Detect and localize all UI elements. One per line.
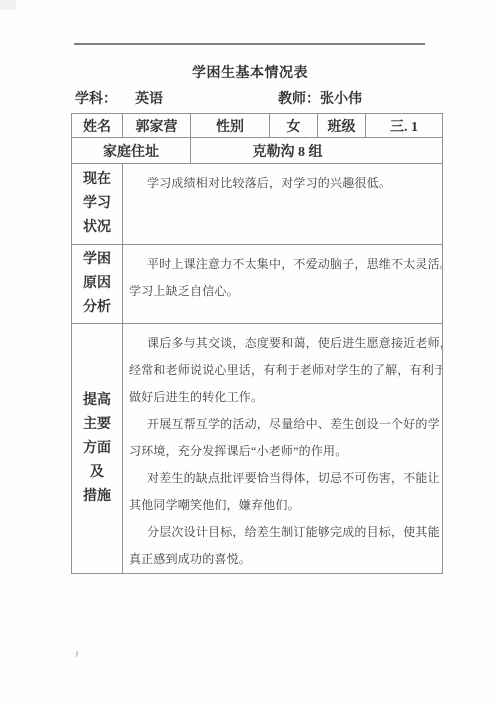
name-label-cell: 姓名 — [72, 114, 123, 138]
meta-line: 学科： 英语 教师：张小伟 — [0, 88, 500, 105]
subject-label: 学科： — [75, 88, 117, 108]
improvement-paragraph-3: 对差生的缺点批评要恰当得体，切忌不可伤害，不能让 其他同学嘲笑他们，嫌弃他们。 — [129, 465, 442, 519]
class-value-cell: 三. 1 — [366, 114, 443, 138]
improvement-content-cell: 课后多与其交谈，态度要和蔼，使后进生愿意接近老师， 经常和老师说说心里话，有利于… — [123, 324, 443, 574]
current-status-label-cell: 现在 学习 状况 — [72, 164, 123, 245]
teacher-value: 张小伟 — [320, 92, 362, 107]
current-status-text: 学习成绩相对比较落后，对学习的兴趣很低。 — [129, 170, 442, 197]
table-row-address: 家庭住址 克勒沟 8 组 — [72, 138, 443, 164]
page-title: 学困生基本情况表 — [0, 62, 500, 82]
improvement-paragraph-1: 课后多与其交谈，态度要和蔼，使后进生愿意接近老师， 经常和老师说说心里话，有利于… — [129, 330, 442, 411]
address-label-cell: 家庭住址 — [72, 138, 191, 164]
gender-label-cell: 性别 — [191, 114, 270, 138]
class-label-cell: 班级 — [318, 114, 366, 138]
improvement-label-cell: 提高 主要 方面 及 措施 — [72, 324, 123, 574]
teacher-group: 教师：张小伟 — [278, 88, 362, 108]
scan-speck-artifact — [76, 651, 79, 657]
scan-artifact-corner — [0, 0, 16, 10]
improvement-paragraph-4: 分层次设计目标，给差生制订能够完成的目标，使其能 真正感到成功的喜悦。 — [129, 519, 442, 573]
table-row-improvement-measures: 提高 主要 方面 及 措施 课后多与其交谈，态度要和蔼，使后进生愿意接近老师， … — [72, 324, 443, 574]
student-info-table: 姓名 郭家营 性别 女 班级 三. 1 家庭住址 克勒沟 8 组 现在 学习 状… — [71, 113, 443, 574]
gender-value-cell: 女 — [270, 114, 318, 138]
teacher-label: 教师： — [278, 92, 320, 107]
subject-value: 英语 — [135, 88, 163, 108]
improvement-paragraph-2: 开展互帮互学的活动，尽量给中、差生创设一个好的学 习环境，充分发挥课后“小老师”… — [129, 411, 442, 465]
address-value-cell: 克勒沟 8 组 — [191, 138, 443, 164]
cause-analysis-label-cell: 学困 原因 分析 — [72, 245, 123, 324]
cause-analysis-text: 平时上课注意力不太集中，不爱动脑子，思维不太灵活。 学习上缺乏自信心。 — [129, 251, 442, 305]
table-row-identity: 姓名 郭家营 性别 女 班级 三. 1 — [72, 114, 443, 138]
cause-analysis-content-cell: 平时上课注意力不太集中，不爱动脑子，思维不太灵活。 学习上缺乏自信心。 — [123, 245, 443, 324]
name-value-cell: 郭家营 — [123, 114, 191, 138]
table-row-cause-analysis: 学困 原因 分析 平时上课注意力不太集中，不爱动脑子，思维不太灵活。 学习上缺乏… — [72, 245, 443, 324]
current-status-content-cell: 学习成绩相对比较落后，对学习的兴趣很低。 — [123, 164, 443, 245]
header-rule-line — [74, 43, 425, 45]
table-row-current-status: 现在 学习 状况 学习成绩相对比较落后，对学习的兴趣很低。 — [72, 164, 443, 245]
